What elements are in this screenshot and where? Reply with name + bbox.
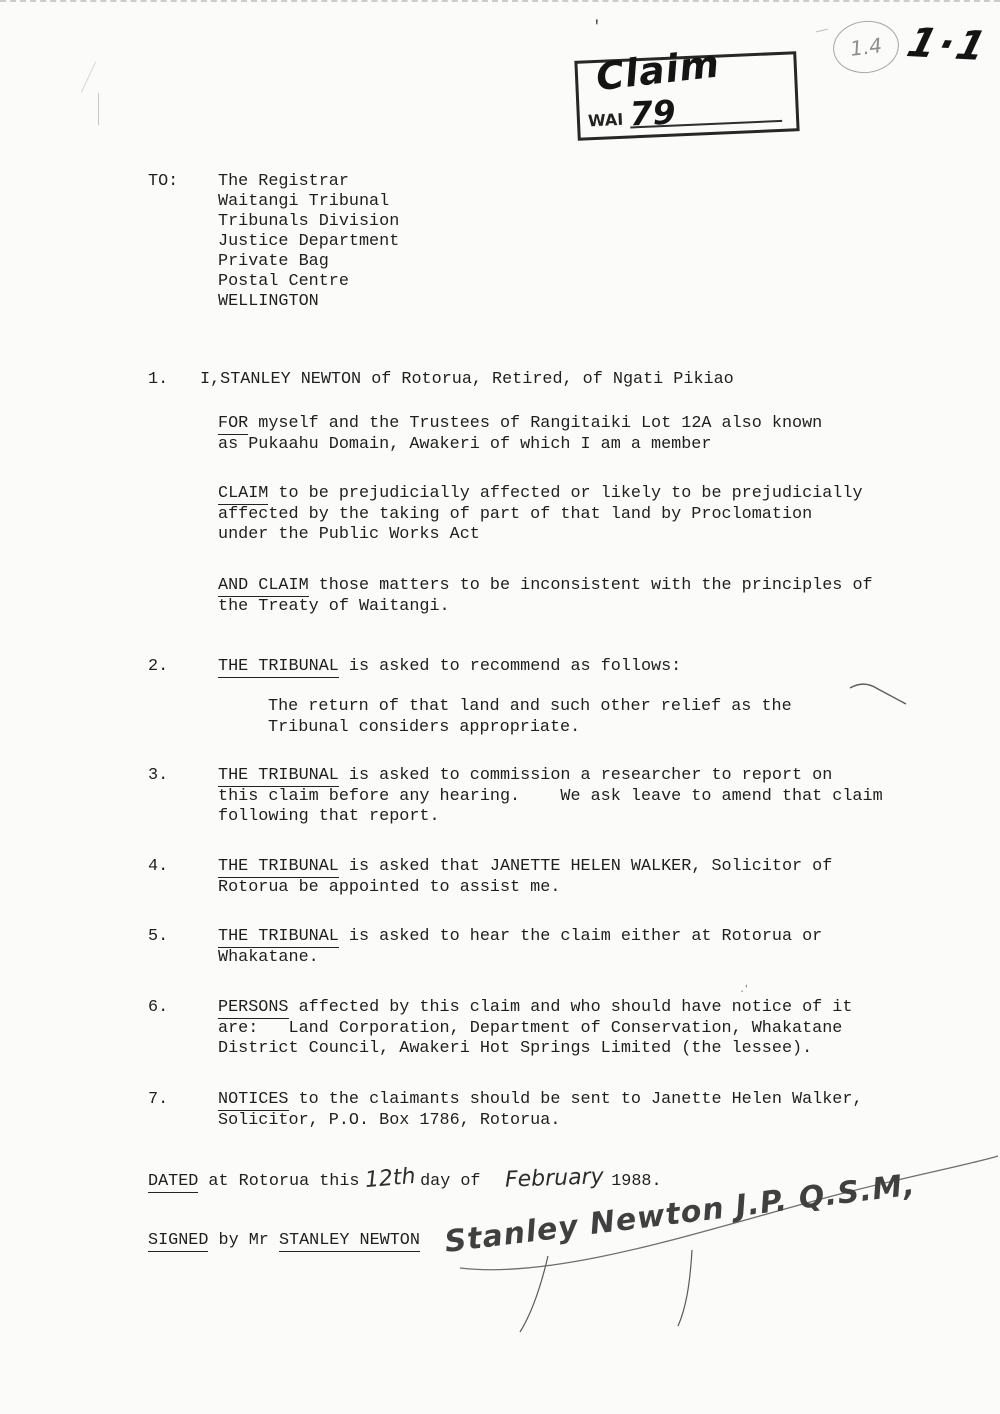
pencil-mark-vertical xyxy=(98,93,99,125)
paragraph-2: 2. THE TRIBUNAL is asked to recommend as… xyxy=(148,657,938,678)
pencil-mark-diagonal xyxy=(81,61,96,92)
paragraph-body: to be prejudicially affected or likely t… xyxy=(218,484,863,544)
paragraph-number: 6. xyxy=(148,998,168,1019)
paragraph-number: 3. xyxy=(148,766,168,787)
paragraph-3: 3. THE TRIBUNAL is asked to commission a… xyxy=(148,766,938,828)
paragraph-lead: THE TRIBUNAL xyxy=(218,927,339,948)
paragraph-number: 2. xyxy=(148,657,168,678)
paragraph-body: I,STANLEY NEWTON of Rotorua, Retired, of… xyxy=(200,370,734,389)
paragraph-lead: CLAIM xyxy=(218,484,268,505)
paragraph-text: CLAIM to be prejudicially affected or li… xyxy=(218,484,938,546)
paragraph-text: THE TRIBUNAL is asked to hear the claim … xyxy=(218,927,938,968)
paragraph-body: affected by this claim and who should ha… xyxy=(218,998,852,1058)
document-page: Claim WAI 79 ' 1.4 1·1 TO: The Registrar… xyxy=(0,0,1000,1414)
paragraph-lead: NOTICES xyxy=(218,1090,289,1111)
paragraph-lead: AND CLAIM xyxy=(218,576,309,597)
date-day-handwritten: 12th xyxy=(364,1167,416,1192)
dated-text-1: at Rotorua this xyxy=(198,1172,359,1191)
paragraph-number: 4. xyxy=(148,857,168,878)
signed-lead: SIGNED xyxy=(148,1231,208,1252)
stamp-claim-text: Claim xyxy=(594,41,722,99)
paragraph-text: THE TRIBUNAL is asked to recommend as fo… xyxy=(218,657,938,678)
signature-text: Stanley Newton J.P. Q.S.M, xyxy=(443,1167,918,1259)
paragraph-number: 1. xyxy=(148,370,168,391)
paragraph-6: 6. PERSONS affected by this claim and wh… xyxy=(148,998,938,1060)
paragraph-7: 7. NOTICES to the claimants should be se… xyxy=(148,1090,938,1131)
signed-text: by Mr xyxy=(208,1231,279,1250)
paragraph-lead: THE TRIBUNAL xyxy=(218,766,339,787)
dated-lead: DATED xyxy=(148,1172,198,1193)
pencil-dash-mark xyxy=(816,29,828,33)
paragraph-lead: FOR xyxy=(218,414,248,435)
paragraph-text: The return of that land and such other r… xyxy=(268,697,938,738)
corner-annotation: 1·1 xyxy=(902,20,993,70)
recipient-label: TO: xyxy=(148,172,178,192)
paragraph-lead: THE TRIBUNAL xyxy=(218,657,339,678)
paragraph-text: FOR myself and the Trustees of Rangitaik… xyxy=(218,414,938,455)
pen-tick-mark: ' xyxy=(592,18,602,36)
signature-script: Stanley Newton J.P. Q.S.M, xyxy=(420,1140,1000,1340)
paragraph-4: 4. THE TRIBUNAL is asked that JANETTE HE… xyxy=(148,857,938,898)
paragraph-body: myself and the Trustees of Rangitaiki Lo… xyxy=(218,414,822,454)
paragraph-text: I,STANLEY NEWTON of Rotorua, Retired, of… xyxy=(200,370,938,391)
paragraph-text: THE TRIBUNAL is asked to commission a re… xyxy=(218,766,938,828)
paragraph-2-indent: The return of that land and such other r… xyxy=(148,697,938,738)
paragraph-5: 5. THE TRIBUNAL is asked to hear the cla… xyxy=(148,927,938,968)
signature-descender-2 xyxy=(678,1250,692,1326)
paragraph-text: THE TRIBUNAL is asked that JANETTE HELEN… xyxy=(218,857,938,898)
circled-annotation-value: 1.4 xyxy=(849,33,884,61)
paragraph-for: FOR myself and the Trustees of Rangitaik… xyxy=(148,414,938,455)
paragraph-number: 7. xyxy=(148,1090,168,1111)
paragraph-text: PERSONS affected by this claim and who s… xyxy=(218,998,938,1060)
paragraph-body: is asked to recommend as follows: xyxy=(339,657,681,676)
paragraph-lead: THE TRIBUNAL xyxy=(218,857,339,878)
paragraph-and-claim: AND CLAIM those matters to be inconsiste… xyxy=(148,576,938,617)
circled-annotation: 1.4 xyxy=(830,17,902,77)
pen-flick-mark xyxy=(848,678,910,708)
paragraph-lead: PERSONS xyxy=(218,998,289,1019)
paragraph-text: NOTICES to the claimants should be sent … xyxy=(218,1090,938,1131)
stamp-wai-label: WAI xyxy=(588,110,624,131)
paragraph-body: to the claimants should be sent to Janet… xyxy=(218,1090,863,1130)
small-pen-mark: ·’ xyxy=(738,981,754,998)
recipient-address: The Registrar Waitangi Tribunal Tribunal… xyxy=(218,172,399,312)
scan-artifact-top-edge xyxy=(0,0,1000,2)
paragraph-body: The return of that land and such other r… xyxy=(268,697,792,737)
recipient-block: TO: The Registrar Waitangi Tribunal Trib… xyxy=(148,172,399,312)
signed-name: STANLEY NEWTON xyxy=(279,1231,420,1252)
claim-stamp: Claim WAI 79 xyxy=(574,51,799,141)
paragraph-text: AND CLAIM those matters to be inconsiste… xyxy=(218,576,938,617)
paragraph-number: 5. xyxy=(148,927,168,948)
paragraph-claim: CLAIM to be prejudicially affected or li… xyxy=(148,484,938,546)
paragraph-body: those matters to be inconsistent with th… xyxy=(218,576,873,616)
paragraph-1: 1. I,STANLEY NEWTON of Rotorua, Retired,… xyxy=(148,370,938,391)
